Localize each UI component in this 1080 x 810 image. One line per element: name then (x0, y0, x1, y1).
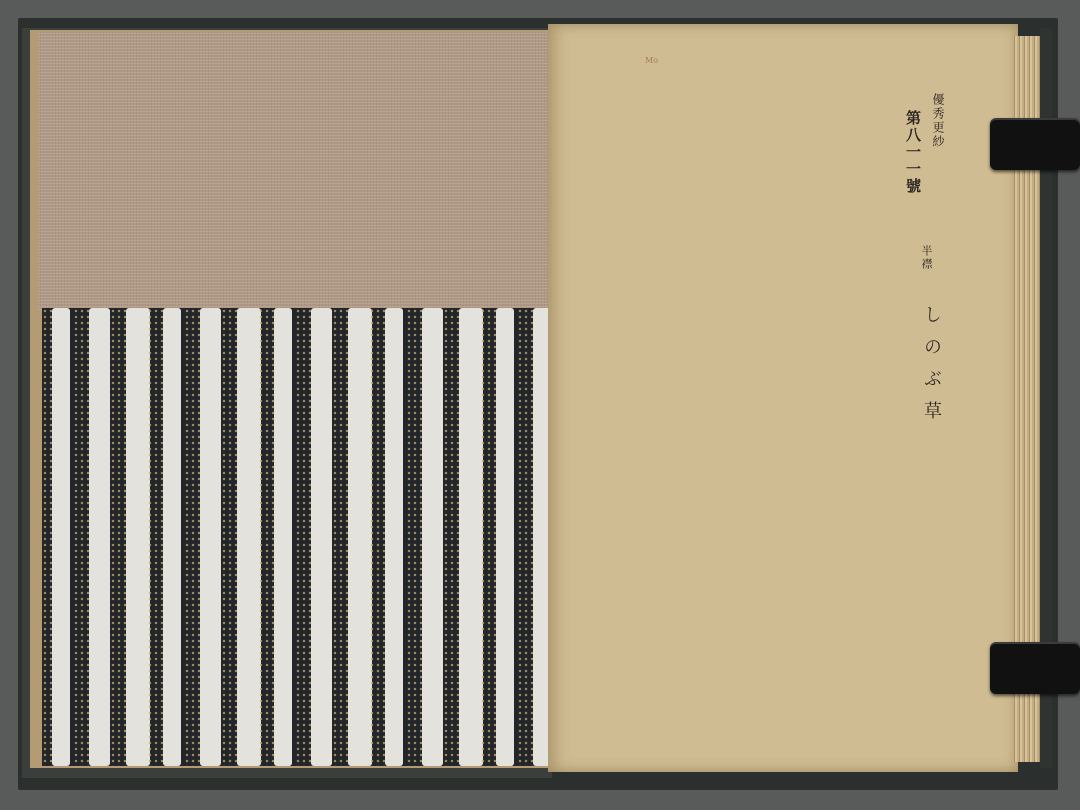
binder-clip-top (990, 118, 1080, 170)
fabric-stripe (422, 308, 443, 766)
fabric-stripe (385, 308, 403, 766)
fabric-stripe (52, 308, 70, 766)
fabric-dots (42, 308, 52, 766)
fabric-dots (147, 308, 163, 766)
fabric-dots (184, 308, 200, 766)
series-title: 優秀更紗 (930, 93, 947, 149)
sample-name: しのぶ草 (918, 305, 944, 433)
fabric-dots (110, 308, 126, 766)
fabric-dots (480, 308, 496, 766)
fabric-dots (406, 308, 422, 766)
stamp-mark: Mo (645, 56, 658, 65)
fabric-stripe (163, 308, 181, 766)
fabric-dots (332, 308, 348, 766)
fabric-dots (295, 308, 311, 766)
fabric-dots (443, 308, 459, 766)
fabric-dots (369, 308, 385, 766)
fabric-dots (258, 308, 274, 766)
fabric-stripe (533, 308, 548, 766)
fabric-dots (73, 308, 89, 766)
fabric-stripe (200, 308, 221, 766)
fabric-stripe (89, 308, 110, 766)
fabric-stripe (496, 308, 514, 766)
binder-clip-bottom (990, 642, 1080, 694)
right-page (548, 24, 1018, 772)
fabric-dots (221, 308, 237, 766)
category-label: 半襟 (918, 245, 934, 271)
textile-sample (42, 308, 548, 766)
fabric-dots (517, 308, 533, 766)
issue-number: 第八一一號 (903, 110, 924, 195)
fabric-stripe (311, 308, 332, 766)
linen-texture (38, 32, 548, 310)
fabric-stripe (274, 308, 292, 766)
